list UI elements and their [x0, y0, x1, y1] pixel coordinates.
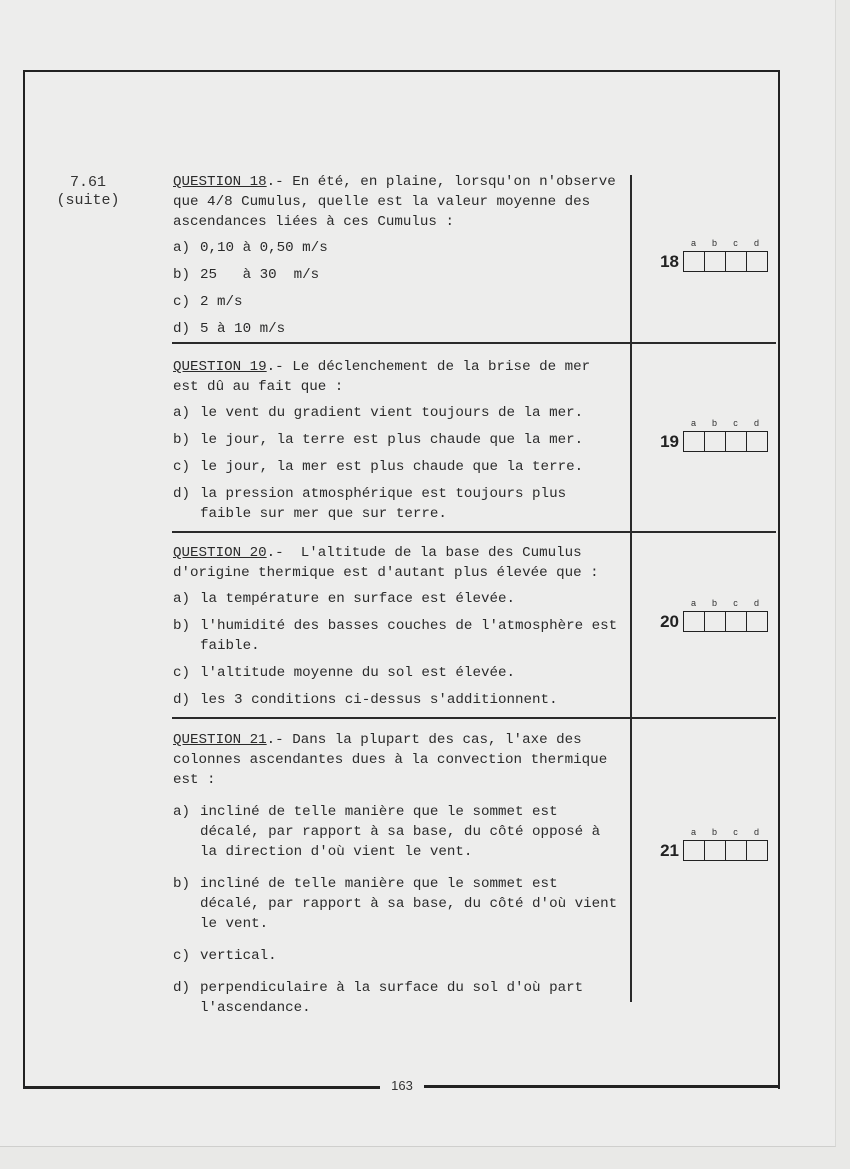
- answer-grid-20: abcd 20: [643, 598, 769, 642]
- option-a: a)le vent du gradient vient toujours de …: [173, 403, 623, 423]
- answer-grid-18: abcd 18: [643, 238, 769, 282]
- question-title: QUESTION 21: [173, 732, 267, 748]
- question-title: QUESTION 19: [173, 359, 267, 375]
- answer-box-b[interactable]: [705, 612, 726, 631]
- answer-grid-21: abcd 21: [643, 827, 769, 871]
- answer-grid-number: 18: [643, 252, 679, 272]
- option-c: c)le jour, la mer est plus chaude que la…: [173, 457, 623, 477]
- frame-bottom-rule-right: [424, 1085, 778, 1088]
- answer-box-a[interactable]: [684, 841, 705, 860]
- option-d: d)les 3 conditions ci-dessus s'additionn…: [173, 690, 623, 710]
- section-number: 7.61: [48, 174, 128, 192]
- option-a: a)la température en surface est élevée.: [173, 589, 623, 609]
- option-b: b)incliné de telle manière que le sommet…: [173, 874, 623, 934]
- answer-box-a[interactable]: [684, 252, 705, 271]
- answer-box-a[interactable]: [684, 612, 705, 631]
- option-b: b)le jour, la terre est plus chaude que …: [173, 430, 623, 450]
- question-separator: [172, 531, 776, 533]
- answer-box-a[interactable]: [684, 432, 705, 451]
- option-c: c)2 m/s: [173, 292, 623, 312]
- section-label: 7.61 (suite): [48, 174, 128, 210]
- option-b: b)25 à 30 m/s: [173, 265, 623, 285]
- answer-grid-number: 21: [643, 841, 679, 861]
- option-a: a)0,10 à 0,50 m/s: [173, 238, 623, 258]
- answer-box-d[interactable]: [747, 432, 767, 451]
- answer-grid-number: 19: [643, 432, 679, 452]
- answer-box-b[interactable]: [705, 841, 726, 860]
- question-title: QUESTION 18: [173, 174, 267, 190]
- answer-grid-19: abcd 19: [643, 418, 769, 462]
- answer-box-c[interactable]: [726, 432, 747, 451]
- question-21: QUESTION 21.- Dans la plupart des cas, l…: [173, 730, 623, 1025]
- page-number: 163: [380, 1078, 424, 1093]
- answer-box-c[interactable]: [726, 612, 747, 631]
- option-a: a)incliné de telle manière que le sommet…: [173, 802, 623, 862]
- answer-box-d[interactable]: [747, 612, 767, 631]
- answer-column-divider: [630, 175, 632, 1002]
- option-d: d)5 à 10 m/s: [173, 319, 623, 339]
- question-19: QUESTION 19.- Le déclenchement de la bri…: [173, 357, 623, 531]
- answer-box-b[interactable]: [705, 252, 726, 271]
- answer-box-c[interactable]: [726, 252, 747, 271]
- frame-bottom-rule-left: [23, 1086, 380, 1089]
- question-separator: [172, 717, 776, 719]
- option-c: c)vertical.: [173, 946, 623, 966]
- answer-grid-number: 20: [643, 612, 679, 632]
- answer-box-d[interactable]: [747, 841, 767, 860]
- option-b: b)l'humidité des basses couches de l'atm…: [173, 616, 623, 656]
- question-title: QUESTION 20: [173, 545, 267, 561]
- question-20: QUESTION 20.- L'altitude de la base des …: [173, 543, 623, 717]
- answer-box-b[interactable]: [705, 432, 726, 451]
- option-c: c)l'altitude moyenne du sol est élevée.: [173, 663, 623, 683]
- option-d: d)perpendiculaire à la surface du sol d'…: [173, 978, 623, 1018]
- section-suffix: (suite): [48, 192, 128, 210]
- answer-box-d[interactable]: [747, 252, 767, 271]
- question-18: QUESTION 18.- En été, en plaine, lorsqu'…: [173, 172, 623, 346]
- option-d: d)la pression atmosphérique est toujours…: [173, 484, 623, 524]
- answer-box-c[interactable]: [726, 841, 747, 860]
